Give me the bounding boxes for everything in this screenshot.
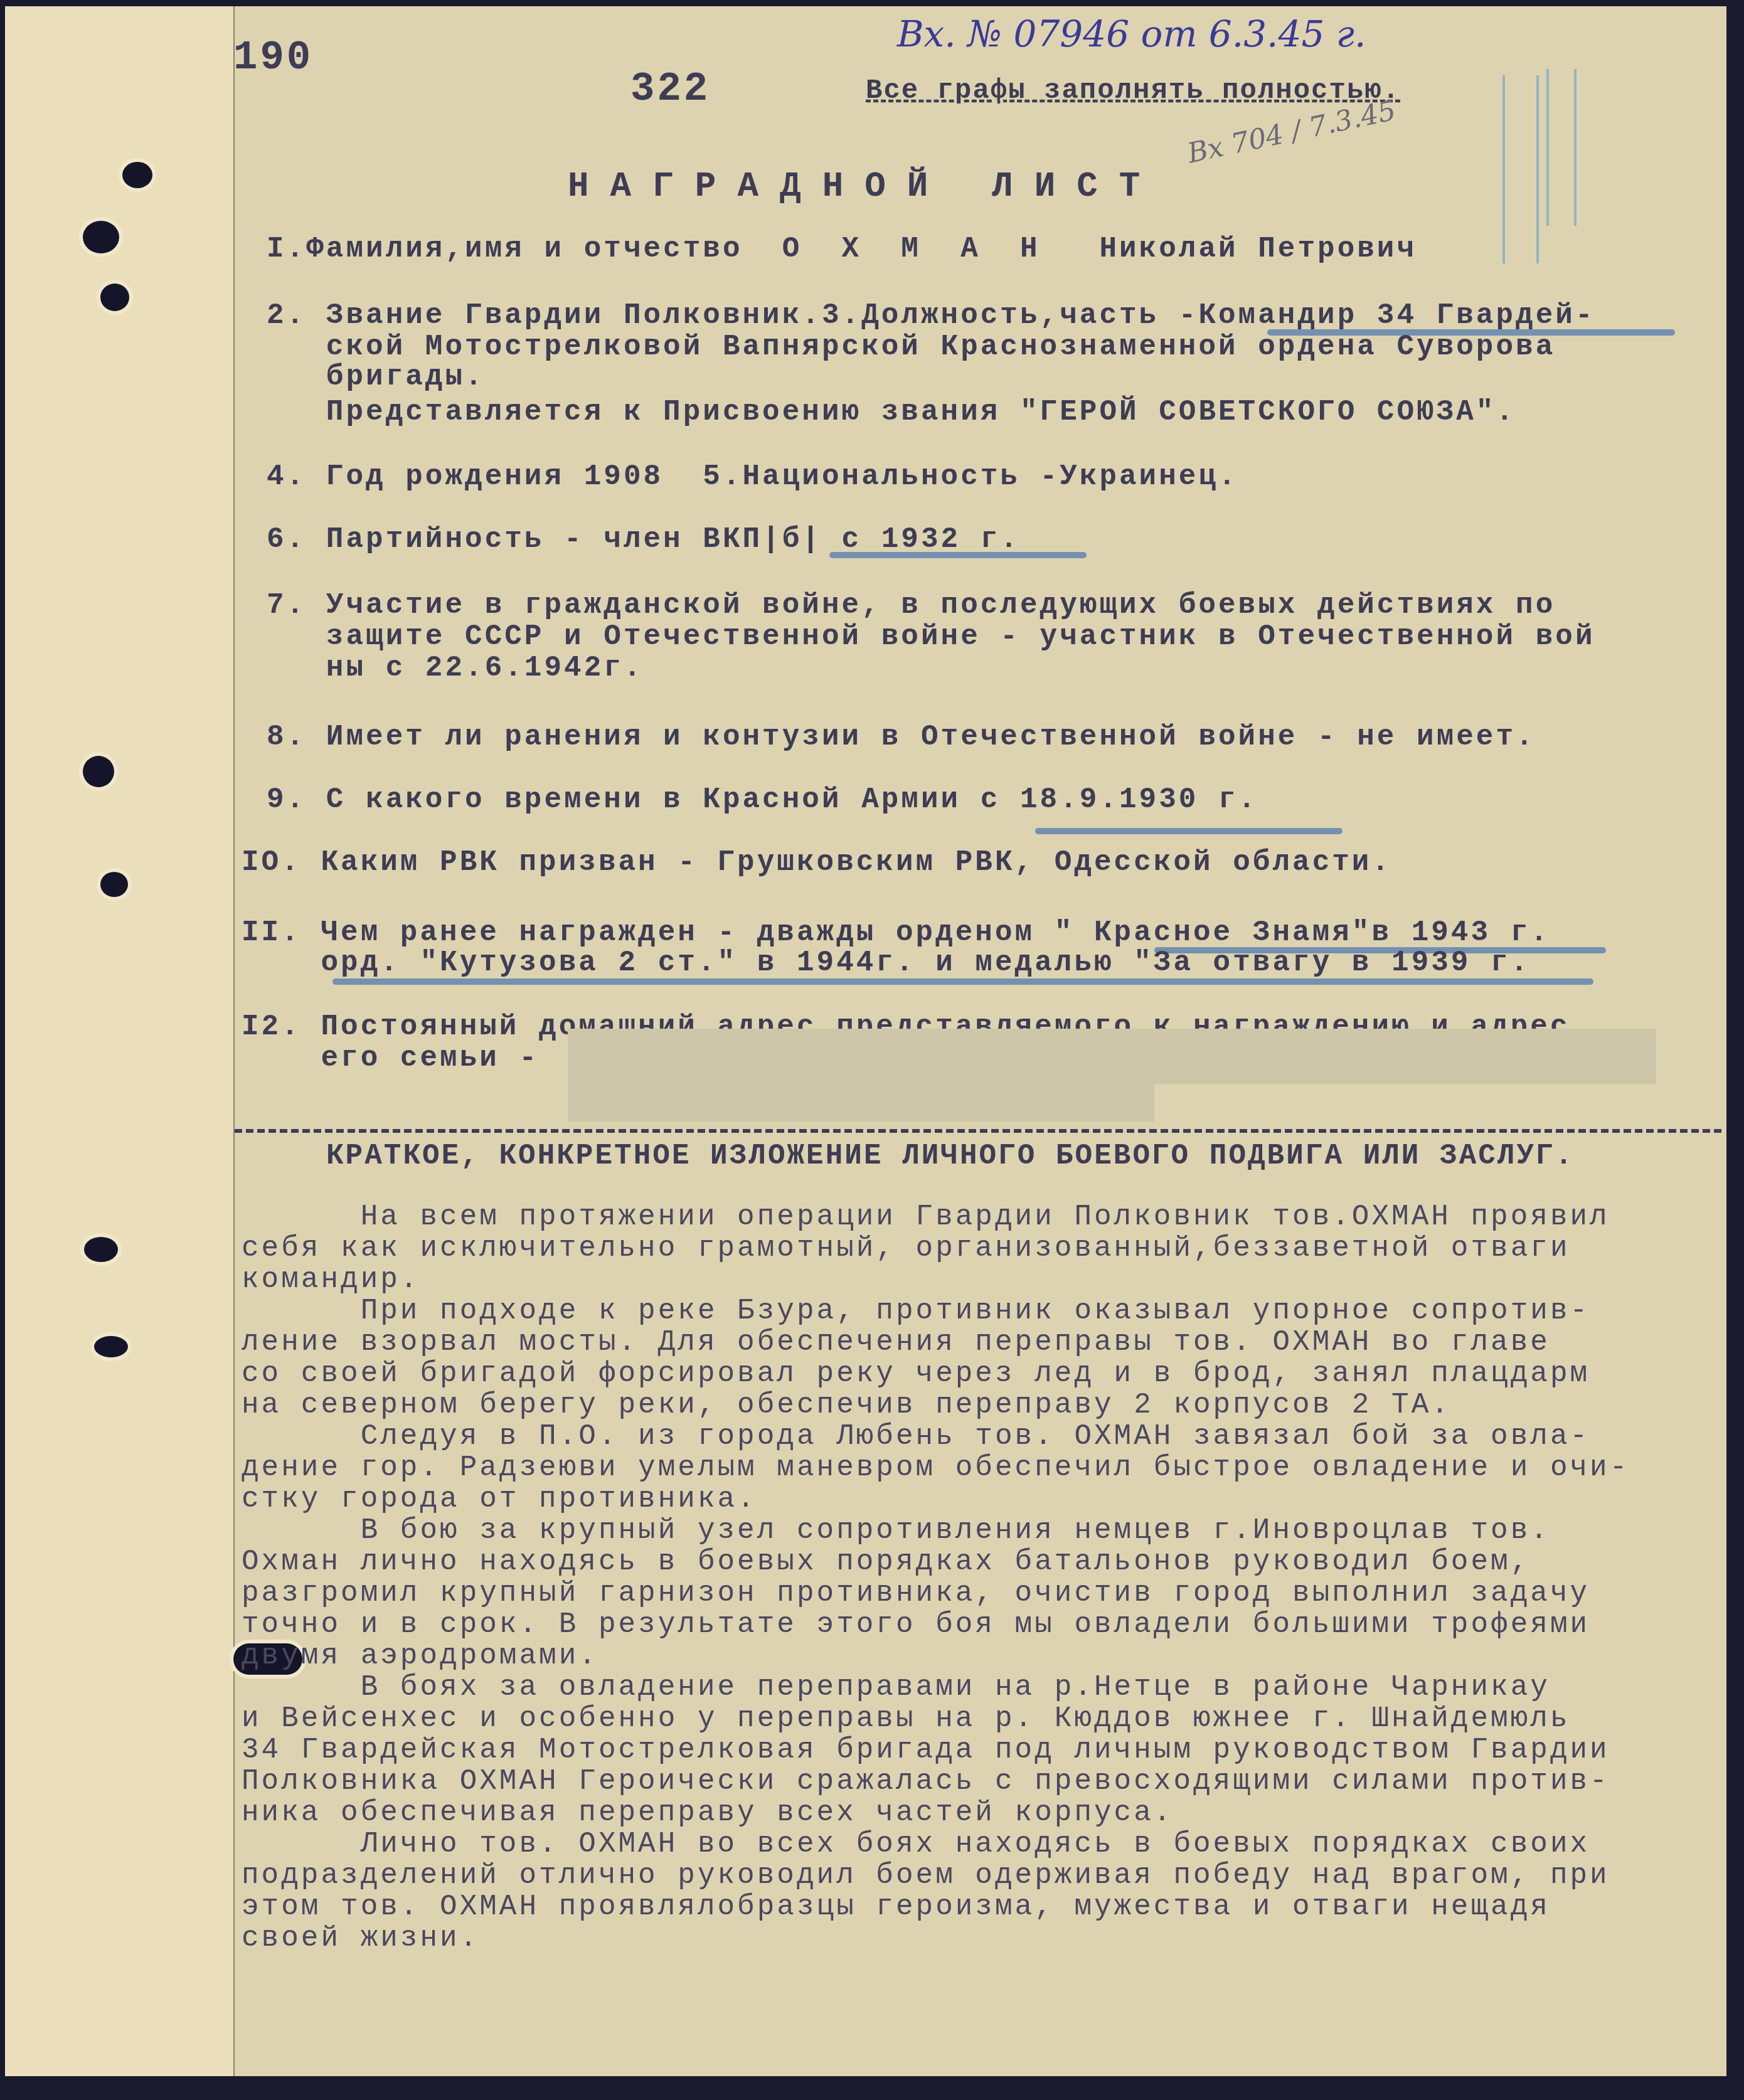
narrative-line: Охман лично находясь в боевых порядках б…: [242, 1546, 1629, 1578]
narrative-heading: КРАТКОЕ, КОНКРЕТНОЕ ИЗЛОЖЕНИЕ ЛИЧНОГО БО…: [326, 1140, 1574, 1172]
narrative-line: командир.: [242, 1264, 1629, 1295]
page-title: НАГРАДНОЙ ЛИСТ: [568, 166, 1161, 206]
narrative-line: При подходе к реке Бзура, противник оказ…: [242, 1295, 1629, 1327]
field-7-cont: защите СССР и Отечественной войне - учас…: [267, 621, 1595, 652]
narrative-line: себя как исключительно грамотный, органи…: [242, 1233, 1629, 1264]
field-1-full-name: I.Фамилия,имя и отчество О Х М А Н Никол…: [267, 233, 1417, 265]
pencil-underline: [829, 552, 1087, 558]
narrative-line: подразделений отлично руководил боем оде…: [242, 1860, 1629, 1891]
field-2-3-rank-position: 2. Звание Гвардии Полковник.3.Должность,…: [267, 300, 1595, 331]
redacted-address: [568, 1084, 1154, 1122]
narrative-line: На всем протяжении операции Гвардии Полк…: [242, 1201, 1629, 1233]
binding-margin: [5, 6, 235, 2076]
punch-hole: [83, 221, 119, 253]
narrative-line: ление взорвал мосты. Для обеспечения пер…: [242, 1327, 1629, 1358]
narrative-line: Полковника ОХМАН Героически сражалась с …: [242, 1766, 1629, 1797]
field-6-party: 6. Партийность - член ВКП|б| с 1932 г.: [267, 524, 1020, 555]
field-7-war-participation: 7. Участие в гражданской войне, в послед…: [267, 590, 1555, 621]
punch-hole: [122, 162, 152, 188]
narrative-line: Следуя в П.О. из города Любень тов. ОХМА…: [242, 1421, 1629, 1452]
narrative-line: разгромил крупный гарнизон противника, о…: [242, 1578, 1629, 1609]
field-7-cont: ны с 22.6.1942г.: [267, 652, 644, 684]
field-11-previous-awards: II. Чем ранее награжден - дважды орденом…: [242, 917, 1550, 948]
instruction-text: Все графы заполнять полностью.: [866, 75, 1400, 107]
nomination-line: Представляется к Присвоению звания "ГЕРО…: [267, 396, 1516, 428]
redacted-address: [568, 1029, 1656, 1084]
narrative-line: двумя аэродромами.: [242, 1640, 1629, 1672]
narrative-line: стку города от противника.: [242, 1483, 1629, 1515]
field-10-enlistment: IO. Каким РВК призван - Грушковским РВК,…: [242, 847, 1391, 878]
field-4-5-birth-nationality: 4. Год рождения 1908 5.Национальность -У…: [267, 461, 1238, 492]
pencil-underline: [1035, 828, 1343, 834]
narrative-body: На всем протяжении операции Гвардии Полк…: [242, 1201, 1629, 1954]
field-9-army-since: 9. С какого времени в Красной Армии с 18…: [267, 784, 1258, 815]
field-8-wounds: 8. Имеет ли ранения и контузии в Отечест…: [267, 721, 1536, 753]
punch-hole: [100, 284, 129, 311]
punch-hole: [94, 1336, 128, 1357]
narrative-line: дение гор. Радзеюви умелым маневром обес…: [242, 1452, 1629, 1483]
narrative-line: В бою за крупный узел сопротивления немц…: [242, 1515, 1629, 1546]
punch-hole: [83, 756, 114, 787]
handwritten-registration: Вх. № 07946 от 6.3.45 г.: [897, 13, 1366, 55]
narrative-line: Лично тов. ОХМАН во всех боях находясь в…: [242, 1828, 1629, 1860]
narrative-line: 34 Гвардейская Мотострелковая бригада по…: [242, 1734, 1629, 1766]
narrative-line: точно и в срок. В результате этого боя м…: [242, 1609, 1629, 1640]
field-12-cont: его семьи -: [242, 1042, 539, 1074]
field-3-unit-cont: бригады.: [267, 361, 485, 393]
field-3-unit-cont: ской Мотострелковой Вапнярской Краснозна…: [267, 331, 1555, 363]
punch-hole: [84, 1237, 118, 1262]
narrative-line: ника обеспечивая переправу всех частей к…: [242, 1797, 1629, 1828]
pencil-underline: [332, 978, 1593, 985]
archive-number: 190: [233, 43, 313, 74]
sheet-number: 322: [630, 74, 710, 105]
narrative-line: со своей бригадой форсировал реку через …: [242, 1358, 1629, 1389]
pencil-marks: [1502, 75, 1539, 263]
narrative-line: этом тов. ОХМАН проявлялобразцы героизма…: [242, 1891, 1629, 1922]
section-divider: [235, 1129, 1721, 1137]
narrative-line: и Вейсенхес и особенно у переправы на р.…: [242, 1703, 1629, 1734]
narrative-line: на северном берегу реки, обеспечив переп…: [242, 1389, 1629, 1421]
pencil-marks: [1546, 69, 1577, 226]
narrative-line: В боях за овладение переправами на р.Нет…: [242, 1672, 1629, 1703]
field-11-cont: орд. "Кутузова 2 ст." в 1944г. и медалью…: [242, 947, 1530, 978]
punch-hole: [100, 872, 128, 897]
narrative-line: своей жизни.: [242, 1922, 1629, 1954]
